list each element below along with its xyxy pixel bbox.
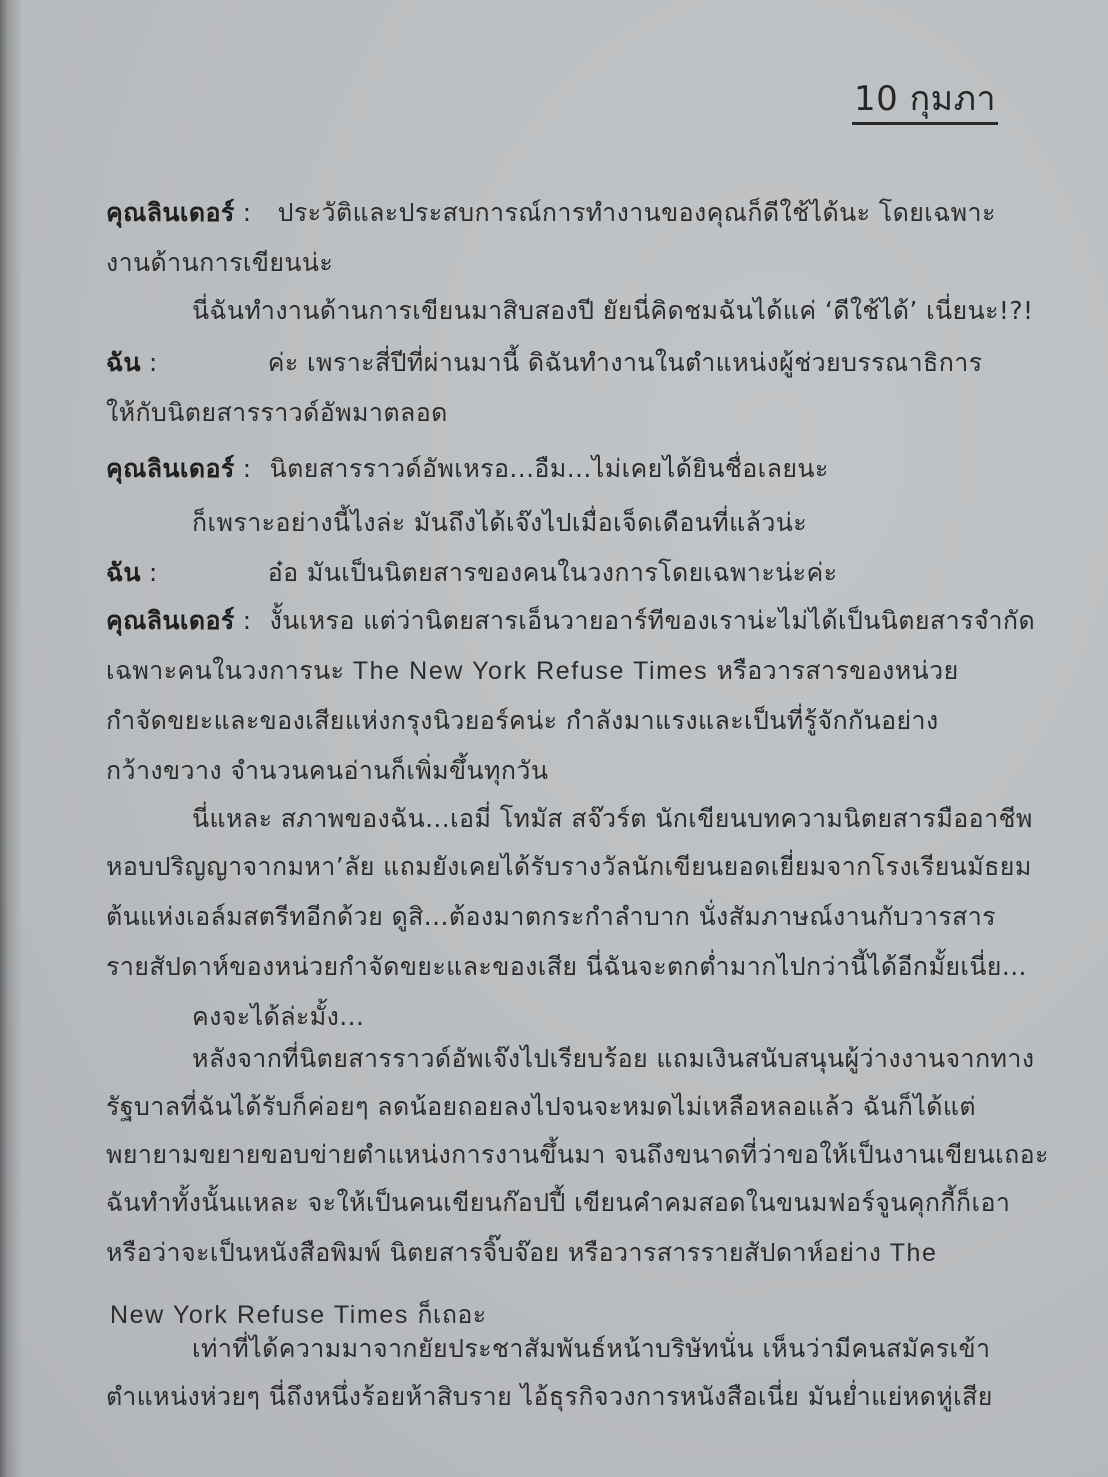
speaker-colon: : [243,454,252,483]
book-page: 10 กุมภา คุณลินเดอร์:ประวัติและประสบการณ… [0,0,1108,1477]
text-line: คงจะได้ล่ะมั้ง... [192,1000,364,1034]
speaker-colon: : [149,558,158,587]
text-segment: หรือว่าจะเป็นหนังสือพิมพ์ นิตยสารจิ๊บจ๊อ… [106,1238,890,1267]
text-line: กว้างขวาง จำนวนคนอ่านก็เพิ่มขึ้นทุกวัน [106,754,548,788]
text-segment: ก็เถอะ [409,1300,487,1329]
text-line: หลังจากที่นิตยสารราวด์อัพเจ๊งไปเรียบร้อย… [192,1042,1034,1076]
speaker-colon: : [149,348,158,377]
publication-title: The New York Refuse Times [353,657,708,685]
text-line: ให้กับนิตยสารราวด์อัพมาตลอด [106,396,448,430]
text-line: นี่แหละ สภาพของฉัน...เอมี่ โทมัส สจ๊วร์ต… [192,802,1033,836]
text-line: ต้นแห่งเอล์มสตรีทอีกด้วย ดูสิ...ต้องมาตก… [106,900,996,934]
speaker-name: คุณลินเดอร์ [106,198,235,227]
text-line: รายสัปดาห์ของหน่วยกำจัดขยะและของเสีย นี่… [106,950,1027,984]
dialogue-text: อ๋อ มันเป็นนิตยสารของคนในวงการโดยเฉพาะน่… [268,558,838,587]
speaker-name: ฉัน [106,558,141,587]
dialogue-text: ประวัติและประสบการณ์การทำงานของคุณก็ดีใช… [278,198,996,227]
text-line: เฉพาะคนในวงการนะ The New York Refuse Tim… [106,654,959,688]
speaker-colon: : [243,198,252,227]
text-line: หรือว่าจะเป็นหนังสือพิมพ์ นิตยสารจิ๊บจ๊อ… [106,1236,938,1270]
text-line: พยายามขยายขอบข่ายตำแหน่งการงานขึ้นมา จนถ… [106,1138,1049,1172]
dialogue-text: งั้นเหรอ แต่ว่านิตยสารเอ็นวายอาร์ทีของเร… [270,606,1036,635]
dialogue-line: ฉัน:อ๋อ มันเป็นนิตยสารของคนในวงการโดยเฉพ… [106,556,837,590]
text-line: ตำแหน่งห่วยๆ นี่ถึงหนึ่งร้อยห้าสิบราย ไอ… [106,1380,993,1414]
dialogue-line: ฉัน:ค่ะ เพราะสี่ปีที่ผ่านมานี้ ดิฉันทำงา… [106,346,983,380]
dialogue-line: คุณลินเดอร์:นิตยสารราวด์อัพเหรอ...อืม...… [106,452,829,486]
speaker-name: คุณลินเดอร์ [106,606,235,635]
dialogue-text: นิตยสารราวด์อัพเหรอ...อืม...ไม่เคยได้ยิน… [270,454,829,483]
text-line: ฉันทำทั้งนั้นแหละ จะให้เป็นคนเขียนก๊อปปี… [106,1186,1010,1220]
text-line: เท่าที่ได้ความมาจากยัยประชาสัมพันธ์หน้าบ… [192,1332,990,1366]
text-line: งานด้านการเขียนน่ะ [106,246,333,280]
text-line: ก็เพราะอย่างนี้ไงล่ะ มันถึงได้เจ๊งไปเมื่… [192,506,807,540]
dialogue-line: คุณลินเดอร์:งั้นเหรอ แต่ว่านิตยสารเอ็นวา… [106,604,1035,638]
publication-title: The [890,1239,938,1267]
text-line: รัฐบาลที่ฉันได้รับก็ค่อยๆ ลดน้อยถอยลงไปจ… [106,1090,976,1124]
publication-title: New York Refuse Times [110,1301,409,1329]
text-line: New York Refuse Times ก็เถอะ [110,1298,487,1332]
text-line: หอบปริญญาจากมหา’ลัย แถมยังเคยได้รับรางวั… [106,850,1032,884]
speaker-colon: : [243,606,252,635]
text-segment: หรือวารสารของหน่วย [708,656,958,685]
speaker-name: ฉัน [106,348,141,377]
dialogue-text: ค่ะ เพราะสี่ปีที่ผ่านมานี้ ดิฉันทำงานในต… [268,348,983,377]
speaker-name: คุณลินเดอร์ [106,454,235,483]
text-segment: เฉพาะคนในวงการนะ [106,656,353,685]
chapter-date-heading: 10 กุมภา [852,78,998,125]
text-line: กำจัดขยะและของเสียแห่งกรุงนิวยอร์คน่ะ กำ… [106,704,939,738]
dialogue-line: คุณลินเดอร์:ประวัติและประสบการณ์การทำงาน… [106,196,996,230]
text-line: นี่ฉันทำงานด้านการเขียนมาสิบสองปี ยัยนี่… [192,294,1033,328]
